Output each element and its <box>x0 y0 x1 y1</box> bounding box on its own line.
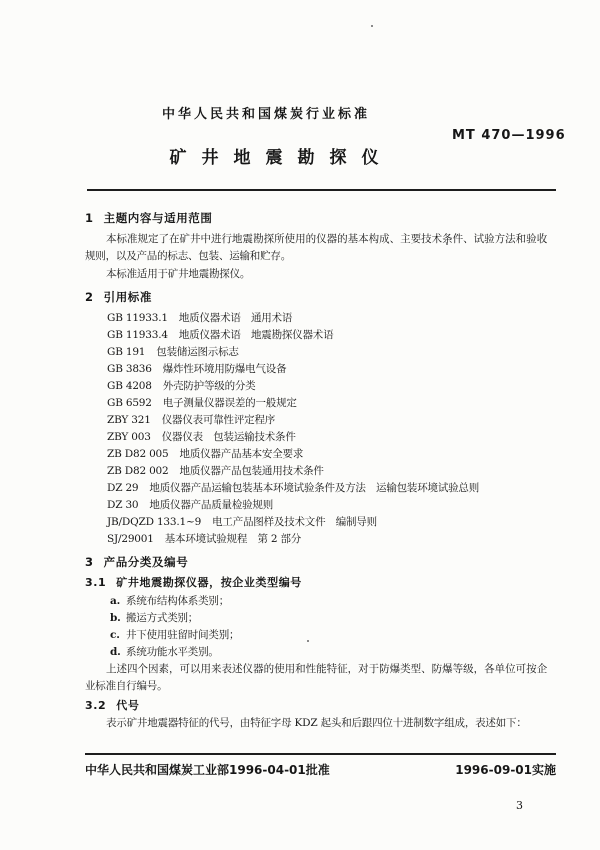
standard-number: MT 470—1996 <box>452 128 566 143</box>
section-number: 3.2 <box>85 699 106 712</box>
document-page: 中华人民共和国煤炭行业标准 MT 470—1996 矿井地震勘探仪 1主题内容与… <box>0 0 600 850</box>
standard-category: 中华人民共和国煤炭行业标准 <box>0 103 532 122</box>
document-body: 1主题内容与适用范围 本标准规定了在矿井中进行地震勘探所使用的仪器的基本构成、主… <box>85 204 547 733</box>
standard-title: 仪器仪表可靠性评定程序 <box>162 414 275 426</box>
scope-paragraph: 本标准规定了在矿井中进行地震勘探所使用的仪器的基本构成、主要技术条件、试验方法和… <box>85 231 547 266</box>
item-label: a. <box>110 593 126 610</box>
standard-code: SJ/29001 <box>107 533 154 545</box>
scan-speckle <box>371 25 373 27</box>
standard-item: DZ 29地质仪器产品运输包装基本环境试验条件及方法 运输包装环境试验总则 <box>107 480 547 497</box>
section-1-heading: 1主题内容与适用范围 <box>85 210 547 228</box>
item-text: 系统功能水平类别。 <box>126 646 219 658</box>
standard-code: GB 4208 <box>107 380 152 392</box>
standard-item: GB 191包装储运图示标志 <box>107 344 547 361</box>
standard-title: 地质仪器术语 通用术语 <box>179 312 292 324</box>
standard-title: 基本环境试验规程 第 2 部分 <box>165 533 301 545</box>
standard-item: GB 3836爆炸性环境用防爆电气设备 <box>107 361 547 378</box>
standard-item: ZBY 003仪器仪表 包装运输技术条件 <box>107 429 547 446</box>
section-number: 3.1 <box>85 576 106 589</box>
approval-note: 中华人民共和国煤炭工业部1996-04-01批准 <box>85 761 330 778</box>
standard-title: 包装储运图示标志 <box>156 346 238 358</box>
standard-code: ZB D82 005 <box>107 448 169 460</box>
standard-code: DZ 30 <box>107 499 138 511</box>
standard-item: GB 11933.4地质仪器术语 地震勘探仪器术语 <box>107 327 547 344</box>
standard-code: GB 11933.4 <box>107 329 168 341</box>
standard-item: ZB D82 005地质仪器产品基本安全要求 <box>107 446 547 463</box>
section-number: 2 <box>85 290 94 304</box>
list-item: b.搬运方式类别； <box>110 610 547 627</box>
footer-divider <box>85 753 556 755</box>
list-item: d.系统功能水平类别。 <box>110 644 547 661</box>
standard-item: GB 11933.1地质仪器术语 通用术语 <box>107 310 547 327</box>
referenced-standards-list: GB 11933.1地质仪器术语 通用术语 GB 11933.4地质仪器术语 地… <box>107 310 547 548</box>
standard-title: 电子测量仪器误差的一般规定 <box>163 397 297 409</box>
section-number: 3 <box>85 555 94 569</box>
item-text: 搬运方式类别； <box>126 612 198 624</box>
standard-title: 外壳防护等级的分类 <box>163 380 256 392</box>
standard-item: DZ 30地质仪器产品质量检验规则 <box>107 497 547 514</box>
classification-note-paragraph: 上述四个因素，可以用来表述仪器的使用和性能特征，对于防爆类型、防爆等级，各单位可… <box>85 661 547 696</box>
list-item: a.系统布结构体系类别； <box>110 593 547 610</box>
section-3-2-heading: 3.2代号 <box>85 697 547 715</box>
implementation-note: 1996-09-01实施 <box>455 761 556 778</box>
section-title: 主题内容与适用范围 <box>104 211 213 225</box>
standard-code: DZ 29 <box>107 482 138 494</box>
item-label: d. <box>110 644 126 661</box>
item-label: b. <box>110 610 126 627</box>
item-text: 系统布结构体系类别； <box>126 595 229 607</box>
standard-item: GB 6592电子测量仪器误差的一般规定 <box>107 395 547 412</box>
item-text: 井下使用驻留时间类别； <box>126 629 239 641</box>
item-label: c. <box>110 627 126 644</box>
standard-item: ZB D82 002地质仪器产品包装通用技术条件 <box>107 463 547 480</box>
section-title: 产品分类及编号 <box>104 555 189 569</box>
standard-code: ZBY 003 <box>107 431 151 443</box>
section-3-1-heading: 3.1矿井地震勘探仪器，按企业类型编号 <box>85 574 547 592</box>
standard-code: GB 11933.1 <box>107 312 168 324</box>
document-title: 矿井地震勘探仪 <box>0 143 548 168</box>
section-title: 矿井地震勘探仪器，按企业类型编号 <box>116 576 302 589</box>
code-designation-paragraph: 表示矿井地震器特征的代号，由特征字母 KDZ 起头和后跟四位十进制数字组成，表述… <box>85 715 547 733</box>
standard-code: GB 191 <box>107 346 145 358</box>
standard-title: 地质仪器产品运输包装基本环境试验条件及方法 运输包装环境试验总则 <box>149 482 479 494</box>
classification-list: a.系统布结构体系类别； b.搬运方式类别； c.井下使用驻留时间类别； d.系… <box>110 593 547 661</box>
standard-title: 地质仪器产品包装通用技术条件 <box>180 465 324 477</box>
section-3-heading: 3产品分类及编号 <box>85 554 547 572</box>
section-2-heading: 2引用标准 <box>85 289 547 307</box>
header-divider <box>87 189 556 191</box>
standard-code: GB 6592 <box>107 397 152 409</box>
applicability-paragraph: 本标准适用于矿井地震勘探仪。 <box>85 266 547 284</box>
standard-item: SJ/29001基本环境试验规程 第 2 部分 <box>107 531 547 548</box>
section-title: 代号 <box>116 699 139 712</box>
standard-item: GB 4208外壳防护等级的分类 <box>107 378 547 395</box>
standard-title: 地质仪器产品基本安全要求 <box>180 448 304 460</box>
standard-code: GB 3836 <box>107 363 152 375</box>
standard-item: ZBY 321仪器仪表可靠性评定程序 <box>107 412 547 429</box>
section-number: 1 <box>85 211 94 225</box>
section-title: 引用标准 <box>104 290 152 304</box>
standard-title: 爆炸性环境用防爆电气设备 <box>163 363 287 375</box>
standard-title: 地质仪器产品质量检验规则 <box>149 499 273 511</box>
standard-title: 地质仪器术语 地震勘探仪器术语 <box>179 329 334 341</box>
standard-item: JB/DQZD 133.1~9电工产品图样及技术文件 编制导则 <box>107 514 547 531</box>
list-item: c.井下使用驻留时间类别； <box>110 627 547 644</box>
standard-title: 仪器仪表 包装运输技术条件 <box>162 431 296 443</box>
standard-code: ZBY 321 <box>107 414 151 426</box>
standard-code: JB/DQZD 133.1~9 <box>107 516 201 528</box>
standard-code: ZB D82 002 <box>107 465 169 477</box>
standard-title: 电工产品图样及技术文件 编制导则 <box>212 516 377 528</box>
page-number: 3 <box>516 799 523 812</box>
